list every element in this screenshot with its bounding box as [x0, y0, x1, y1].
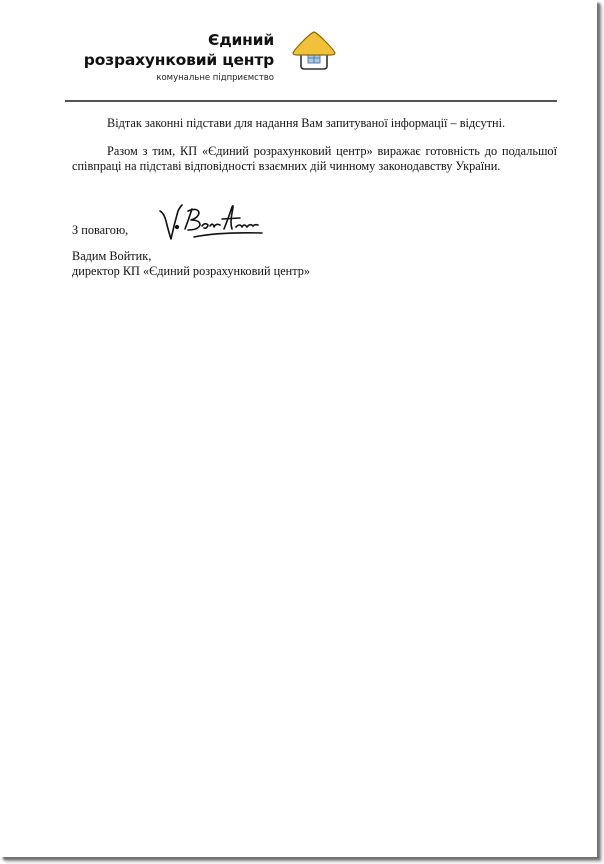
- signature-image: [158, 199, 268, 243]
- header-divider: [65, 100, 557, 102]
- house-icon: [291, 29, 337, 71]
- logo-subtitle: комунальне підприємство: [156, 73, 274, 83]
- logo-line-2: розрахунковий центр: [84, 50, 274, 70]
- salutation: З повагою,: [72, 223, 128, 238]
- signer-name: Вадим Войтик,: [72, 249, 151, 264]
- document-page: Єдиний розрахунковий центр комунальне пі…: [0, 0, 597, 857]
- signer-position: директор КП «Єдиний розрахунковий центр»: [72, 264, 310, 279]
- logo-title: Єдиний розрахунковий центр: [84, 30, 274, 70]
- paragraph-1: Відтак законні підстави для надання Вам …: [107, 116, 505, 131]
- paragraph-2: Разом з тим, КП «Єдиний розрахунковий це…: [72, 144, 557, 174]
- logo-line-1: Єдиний: [84, 30, 274, 50]
